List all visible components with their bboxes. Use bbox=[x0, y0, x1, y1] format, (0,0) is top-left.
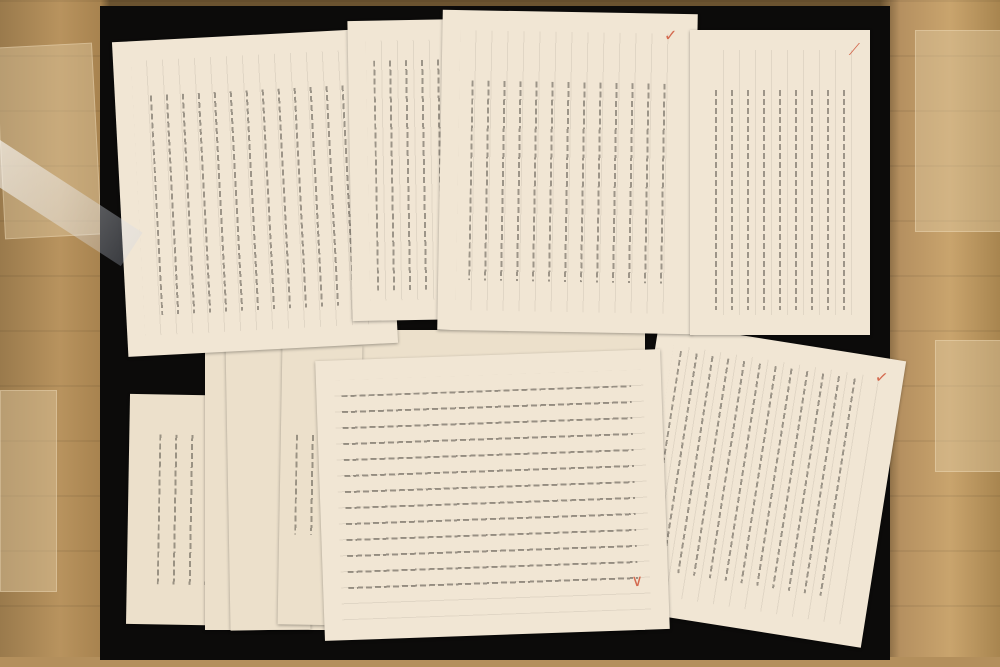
manuscript-sheet-top-3: ✓ bbox=[437, 10, 698, 334]
right-lower-sheet bbox=[935, 340, 1000, 472]
right-reflected-sheet bbox=[915, 30, 1000, 232]
red-check-mark: ✓ bbox=[664, 26, 678, 45]
red-check-mark: ✓ bbox=[874, 367, 890, 388]
manuscript-sheet-top-4: ⟋ bbox=[690, 30, 870, 335]
photo-scene: ✓ ∨ ✓ ⟋ bbox=[0, 0, 1000, 667]
red-mark: ⟋ bbox=[849, 40, 860, 60]
red-mark: ∨ bbox=[631, 571, 643, 590]
manuscript-sheet-bottom-center: ∨ bbox=[315, 349, 670, 641]
left-lower-sheet bbox=[0, 390, 57, 592]
